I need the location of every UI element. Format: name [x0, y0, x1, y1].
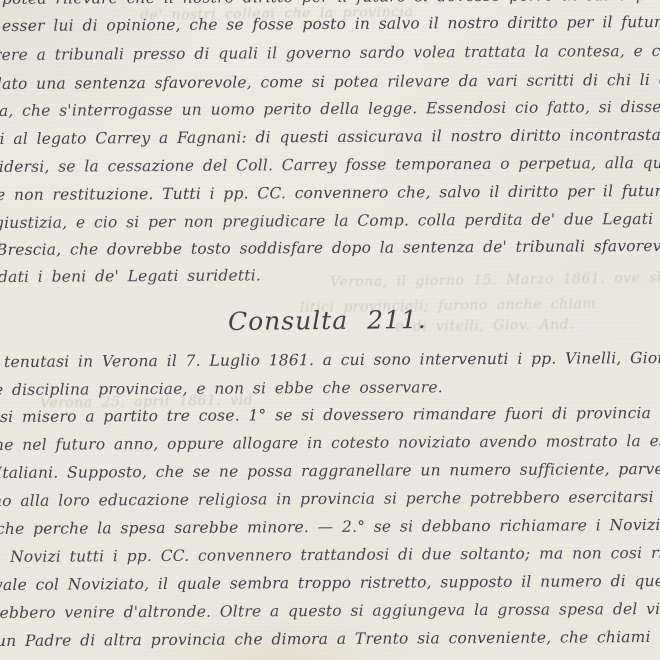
manuscript-line: dato una sentenza sfavorevole, come si p…: [0, 69, 660, 94]
manuscript-line: si misero a partito tre cose. 1° se si d…: [0, 402, 660, 427]
manuscript-line: ri al legato Carrey a Fagnani: di questi…: [0, 124, 660, 149]
manuscript-line: ne nel futuro anno, oppure allogare in c…: [0, 430, 660, 455]
manuscript-line: Brescia, che dovrebbe tosto soddisfare d…: [0, 235, 660, 260]
manuscript-line: giustizia, e cio si per non pregiudicare…: [0, 208, 660, 233]
manuscript-line: rere a tribunali presso di quali il gove…: [0, 40, 660, 65]
manuscript-line: cidersi, se la cessazione del Coll. Carr…: [0, 152, 660, 177]
manuscript-line: vale col Noviziato, il quale sembra trop…: [0, 570, 660, 595]
manuscript-line: no alla loro educazione religiosa in pro…: [0, 486, 660, 511]
section-heading: Consulta 211.: [228, 305, 427, 336]
manuscript-line: Italiani. Supposto, che se ne possa ragg…: [0, 458, 660, 483]
manuscript-line: rebbero venire d'altronde. Oltre a quest…: [0, 598, 660, 623]
manuscript-line: esser lui di opinione, che se fosse post…: [2, 11, 660, 36]
manuscript-line: tenutasi in Verona il 7. Luglio 1861. a …: [4, 347, 660, 372]
manuscript-page: de' nostri collegi che la provincia Vero…: [0, 0, 660, 660]
bleedthrough-line: Verona, il giorno 15. Marzo 1861. ove si…: [330, 269, 660, 290]
manuscript-line: e disciplina provinciae, e non si ebbe c…: [0, 377, 443, 400]
manuscript-line: dati i beni de' Legati suridetti.: [0, 265, 261, 287]
manuscript-line: che perche la spesa sarebbe minore. — 2.…: [0, 514, 660, 539]
manuscript-line: un Padre di altra provincia che dimora a…: [0, 625, 660, 651]
manuscript-line: a Novizi tutti i pp. CC. convennero trat…: [0, 542, 660, 567]
manuscript-line: e non restituzione. Tutti i pp. CC. conv…: [0, 180, 660, 205]
manuscript-line: va, che s'interrogasse un uomo perito de…: [0, 96, 660, 121]
